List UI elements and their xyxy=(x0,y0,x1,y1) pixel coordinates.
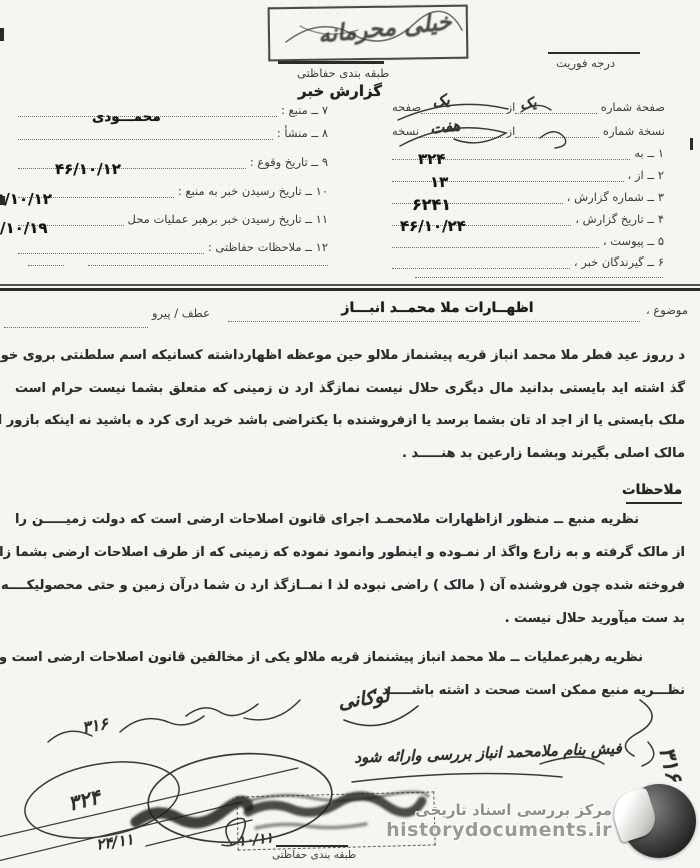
watermark-url: historydocuments.ir xyxy=(386,819,612,841)
watermark-logo xyxy=(618,782,696,860)
body-line: گذ اشته اید بایستی بدانید مال دیگری حلال… xyxy=(15,381,685,396)
urgency-label: درجه فوریت xyxy=(556,56,615,70)
classification-label-bottom: طبقه بندی حفاظتی xyxy=(272,849,356,861)
field-5-label: ۵ ــ پیوست ، xyxy=(599,234,664,248)
handwritten-316-side: ۳۱۶ xyxy=(653,744,686,784)
field-1-label: ۱ ــ به xyxy=(630,146,664,160)
classification-label-top: طبقه بندی حفاظتی xyxy=(297,66,389,80)
confidential-stamp-text: خیلی محرمانه xyxy=(317,9,453,48)
page-number-label: صفحة شماره xyxy=(597,100,665,114)
watermark-persian-text: مرکز بررسی اسناد تاریخی xyxy=(386,801,612,819)
field-4-label: ۴ ــ تاریخ گزارش ، xyxy=(571,212,664,226)
field-11-label: ۱۱ ــ تاریخ رسیدن خبر برهبر عملیات محل xyxy=(124,212,328,226)
subject-label: موضوع ، xyxy=(646,303,688,317)
urgency-line xyxy=(548,52,640,54)
field-2-dots xyxy=(392,168,624,182)
field-row-5: ۵ ــ پیوست ، xyxy=(392,234,664,248)
scrawl-316-flourish xyxy=(642,742,654,766)
body-line: ملک بایستی یا از اجد اد تان بشما برسد یا… xyxy=(15,413,685,428)
divider-thick xyxy=(0,288,700,291)
field-2-value: ۱۳ xyxy=(430,173,448,191)
copy-total-handwritten: هفت xyxy=(429,116,461,138)
extra-dotted-short xyxy=(28,252,64,266)
edge-artifact xyxy=(0,28,4,41)
field-3-value: ۶۲۴۱ xyxy=(412,195,451,214)
reference-label: عطف / پیرو xyxy=(152,306,210,320)
body-line: از مالک گرفته و به زارع واگذ ار نمـوده و… xyxy=(15,545,685,560)
handwritten-316: ۳۱۶ xyxy=(81,714,110,737)
handwritten-324: ۳۲۴ xyxy=(66,784,103,815)
copy-unit-label: نسخه xyxy=(388,124,419,138)
field-3-label: ۳ ــ شماره گزارش ، xyxy=(563,190,664,204)
field-4-value: ۴۶/۱۰/۲۴ xyxy=(400,217,466,235)
field-5-dots xyxy=(392,234,599,248)
notes-underline xyxy=(626,502,682,504)
title-divider-line xyxy=(278,61,384,64)
form-title: گزارش خبر xyxy=(298,82,382,100)
confidential-stamp-box: خیلی محرمانه xyxy=(268,5,469,62)
field-8-label: ۸ ــ منشأ : xyxy=(273,126,328,140)
scrawl-note-left xyxy=(186,704,258,716)
field-7-value: محمـــودی xyxy=(92,109,161,125)
field-7-label: ۷ ــ منبع : xyxy=(277,103,328,117)
page-of-label: از xyxy=(503,100,516,114)
reference-dots xyxy=(4,314,148,328)
field-row-8: ۸ ــ منشأ : xyxy=(18,126,328,140)
body-line: فروخته شده چون فروشنده آن ( مالک ) راضی … xyxy=(15,578,685,593)
watermark: مرکز بررسی اسناد تاریخی historydocuments… xyxy=(370,782,696,860)
notes-heading: ملاحظات xyxy=(622,482,682,498)
field-9-label: ۹ ــ تاریخ وقوع : xyxy=(246,155,328,169)
field-9-value: ۴۶/۱۰/۱۲ xyxy=(55,160,121,178)
scanned-report-document: خیلی محرمانه طبقه بندی حفاظتی گزارش خبر … xyxy=(0,0,700,868)
field-10-label: ۱۰ ــ تاریخ رسیدن خبر به منبع : xyxy=(174,184,328,198)
body-line: نظریه منبع ــ منظور ازاظهارات ملامحمـد ا… xyxy=(15,512,685,527)
field-1-value: ۳۲۴ xyxy=(418,150,445,168)
page-unit-label: صفحه xyxy=(388,100,421,114)
extra-dotted-line-right xyxy=(415,264,663,278)
scrawl-note-left xyxy=(244,700,300,720)
copy-num-dots xyxy=(515,124,599,138)
body-line: نظریه رهبرعملیات ــ ملا محمد انباز پیشنم… xyxy=(15,650,685,665)
subject-value: اظهــارات ملا محمــد انبـــاز xyxy=(305,300,570,316)
divider-thin xyxy=(0,284,700,286)
scrawl-note-left xyxy=(120,716,204,732)
field-8-dots xyxy=(18,126,273,140)
handwritten-instruction: فیش بنام ملامحمد انباز بررسی وارائه شود xyxy=(335,739,641,768)
field-11-value: /۱۰/۱۹ xyxy=(0,219,48,237)
edge-artifact xyxy=(690,138,693,150)
classification-bottom-line xyxy=(276,845,348,847)
page-total-handwritten: یک xyxy=(430,90,451,111)
handwritten-date-24-11: ۲۴/۱۱ xyxy=(95,830,135,854)
scrawl-instruction-underline xyxy=(352,773,562,782)
body-line: د رروز عید فطر ملا محمد انباز قریه پیشنم… xyxy=(15,348,685,363)
copy-number-label: نسخة شماره xyxy=(599,124,665,138)
field-2-label: ۲ ــ از ، xyxy=(624,168,664,182)
field-row-11: ۱۱ ــ تاریخ رسیدن خبر برهبر عملیات محل xyxy=(18,212,328,226)
page-num-handwritten: یک xyxy=(519,95,538,113)
field-10-value: ۴۶/۱۰/۱۲ xyxy=(0,190,52,208)
field-row-10: ۱۰ ــ تاریخ رسیدن خبر به منبع : xyxy=(18,184,328,198)
body-line: مالک اصلی بگیرند وبشما زارعین بد هنـــــ… xyxy=(15,446,685,461)
edge-artifact xyxy=(0,196,5,205)
copy-of-label: از xyxy=(503,124,516,138)
field-9-dots xyxy=(18,155,246,169)
field-row-7: ۷ ــ منبع : xyxy=(18,103,328,117)
extra-dotted-mid xyxy=(88,252,328,266)
body-line: بد ست میآورید حلال نیست . xyxy=(15,611,685,626)
